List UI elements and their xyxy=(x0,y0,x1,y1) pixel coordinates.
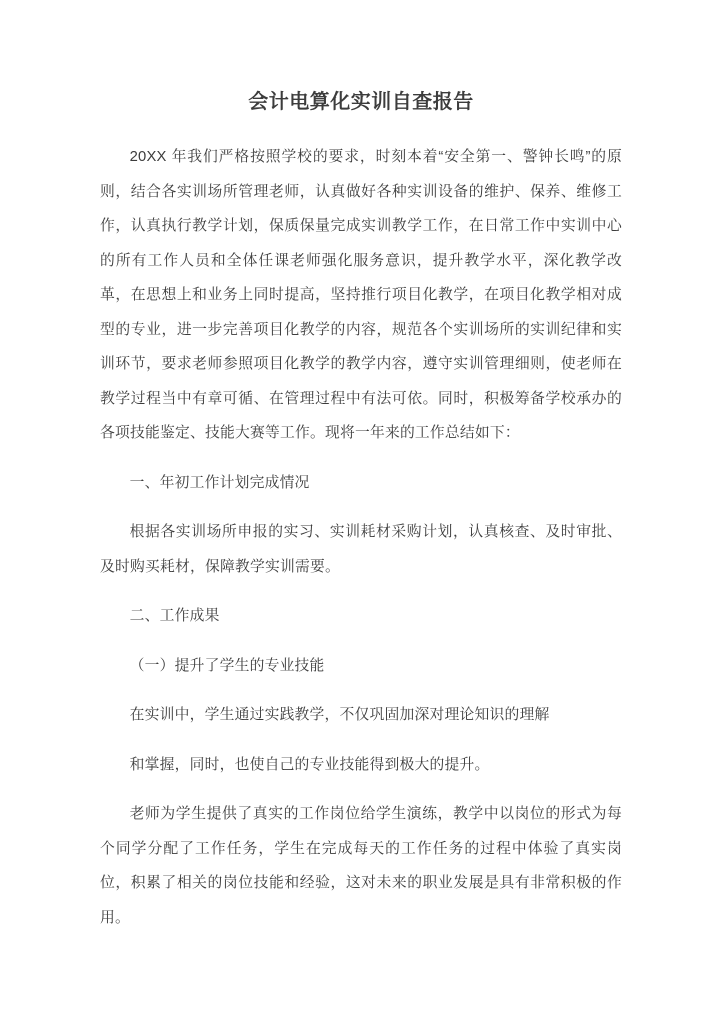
section-heading-2: 二、工作成果 xyxy=(100,599,622,634)
section-heading-1: 一、年初工作计划完成情况 xyxy=(100,466,622,501)
paragraph-intro: 20XX 年我们严格按照学校的要求，时刻本着“安全第一、警钟长鸣”的原则，结合各… xyxy=(100,140,622,451)
subsection-heading-2-1: （一）提升了学生的专业技能 xyxy=(100,649,622,684)
document-page: 会计电算化实训自查报告 20XX 年我们严格按照学校的要求，时刻本着“安全第一、… xyxy=(0,0,720,1017)
paragraph-section-1: 根据各实训场所申报的实习、实训耗材采购计划，认真核查、及时审批、及时购买耗材，保… xyxy=(100,515,622,584)
paragraph-section-2-line-1: 在实训中，学生通过实践教学，不仅巩固加深对理论知识的理解 xyxy=(100,698,622,733)
document-title: 会计电算化实训自查报告 xyxy=(100,88,622,116)
paragraph-section-2-jobs: 老师为学生提供了真实的工作岗位给学生演练，教学中以岗位的形式为每个同学分配了工作… xyxy=(100,797,622,935)
paragraph-section-2-line-2: 和掌握，同时，也使自己的专业技能得到极大的提升。 xyxy=(100,748,622,783)
document-content: 会计电算化实训自查报告 20XX 年我们严格按照学校的要求，时刻本着“安全第一、… xyxy=(100,88,622,935)
